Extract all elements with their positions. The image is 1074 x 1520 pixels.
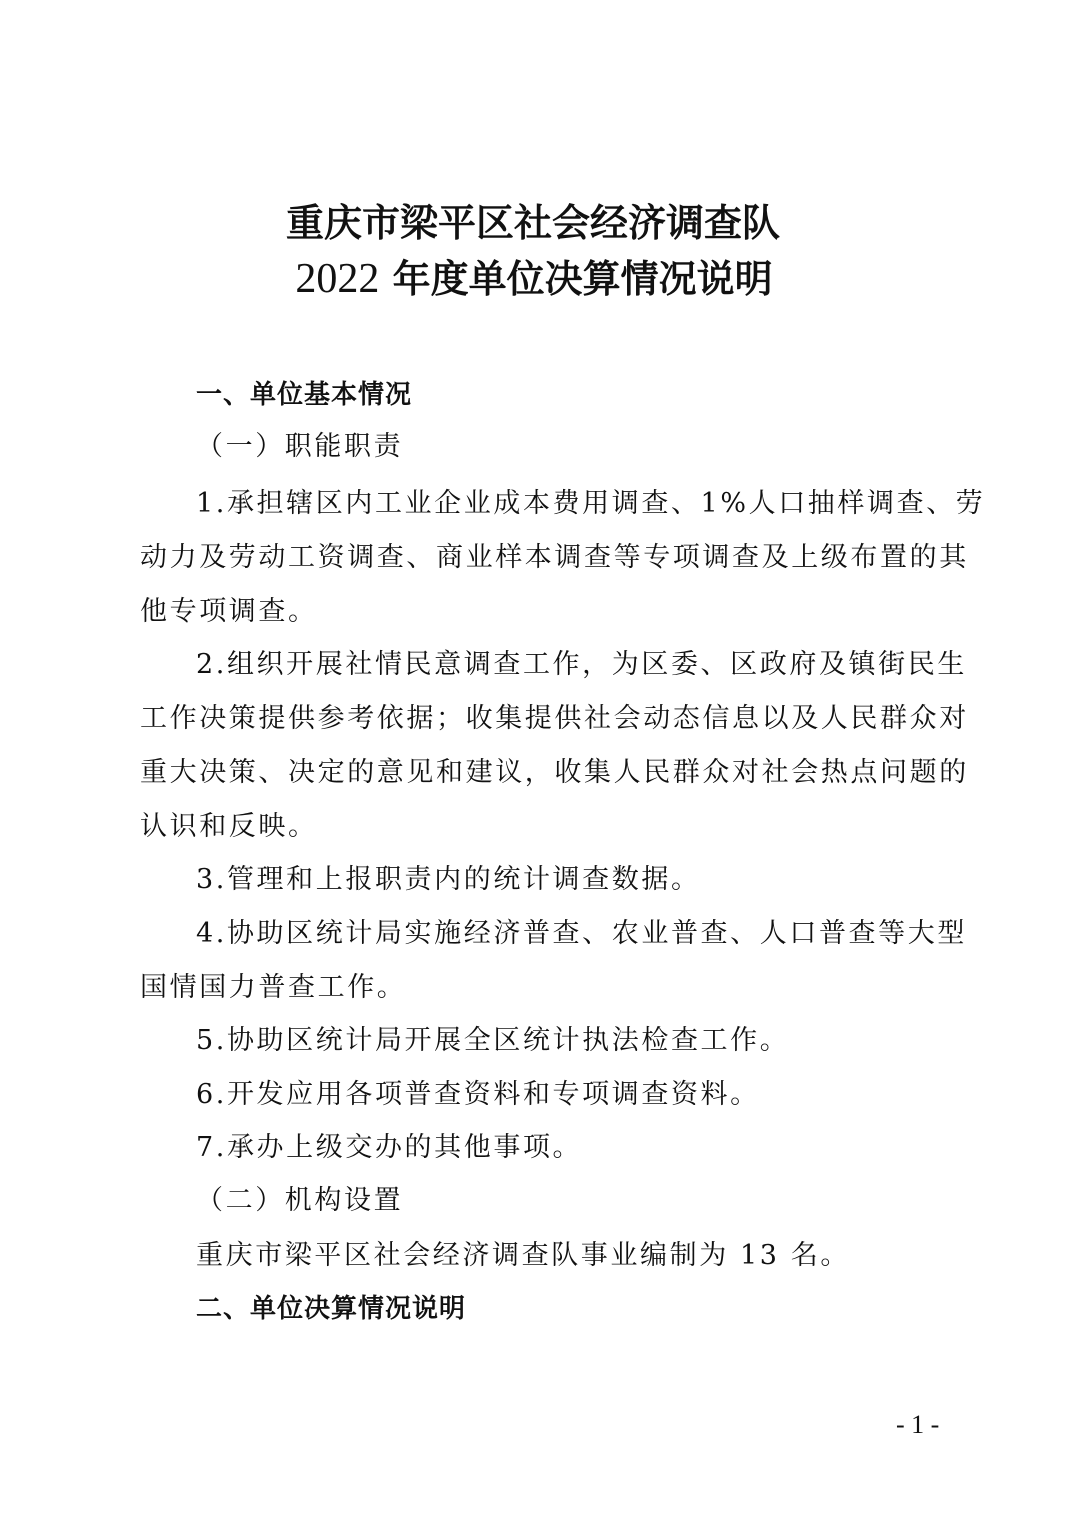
duty-1-line1: 1.承担辖区内工业企业成本费用调查、1%人口抽样调查、劳 <box>196 486 940 522</box>
document-title-line1: 重庆市梁平区社会经济调查队 <box>0 201 1070 245</box>
subsection-heading-organization: （二）机构设置 <box>196 1183 996 1219</box>
duty-2-line4: 认识和反映。 <box>140 809 940 845</box>
duty-4-line2: 国情国力普查工作。 <box>140 970 940 1006</box>
page-number: - 1 - <box>896 1410 939 1440</box>
document-page: 重庆市梁平区社会经济调查队 2022 年度单位决算情况说明 一、单位基本情况 （… <box>0 0 1074 1520</box>
duty-3-line1: 3.管理和上报职责内的统计调查数据。 <box>196 862 996 898</box>
document-title-line2: 2022 年度单位决算情况说明 <box>0 257 1071 301</box>
duty-7-line1: 7.承办上级交办的其他事项。 <box>196 1130 996 1166</box>
title-rest: 年度单位决算情况说明 <box>379 256 772 301</box>
duty-1-line3: 他专项调查。 <box>140 594 940 630</box>
duty-2-line3: 重大决策、决定的意见和建议，收集人民群众对社会热点问题的 <box>140 755 940 791</box>
duty-2-line2: 工作决策提供参考依据；收集提供社会动态信息以及人民群众对 <box>140 701 940 737</box>
title-year: 2022 <box>295 256 379 302</box>
duty-4-line1: 4.协助区统计局实施经济普查、农业普查、人口普查等大型 <box>196 916 940 952</box>
duty-1-line2: 动力及劳动工资调查、商业样本调查等专项调查及上级布置的其 <box>140 540 940 576</box>
organization-text: 重庆市梁平区社会经济调查队事业编制为 13 名。 <box>196 1238 996 1274</box>
duty-5-line1: 5.协助区统计局开展全区统计执法检查工作。 <box>196 1023 996 1059</box>
section-heading-basic-info: 一、单位基本情况 <box>196 377 996 413</box>
duty-2-line1: 2.组织开展社情民意调查工作，为区委、区政府及镇街民生 <box>196 647 940 683</box>
section-heading-final-accounts: 二、单位决算情况说明 <box>196 1291 996 1327</box>
subsection-heading-duties: （一）职能职责 <box>196 429 996 465</box>
duty-6-line1: 6.开发应用各项普查资料和专项调查资料。 <box>196 1077 996 1113</box>
